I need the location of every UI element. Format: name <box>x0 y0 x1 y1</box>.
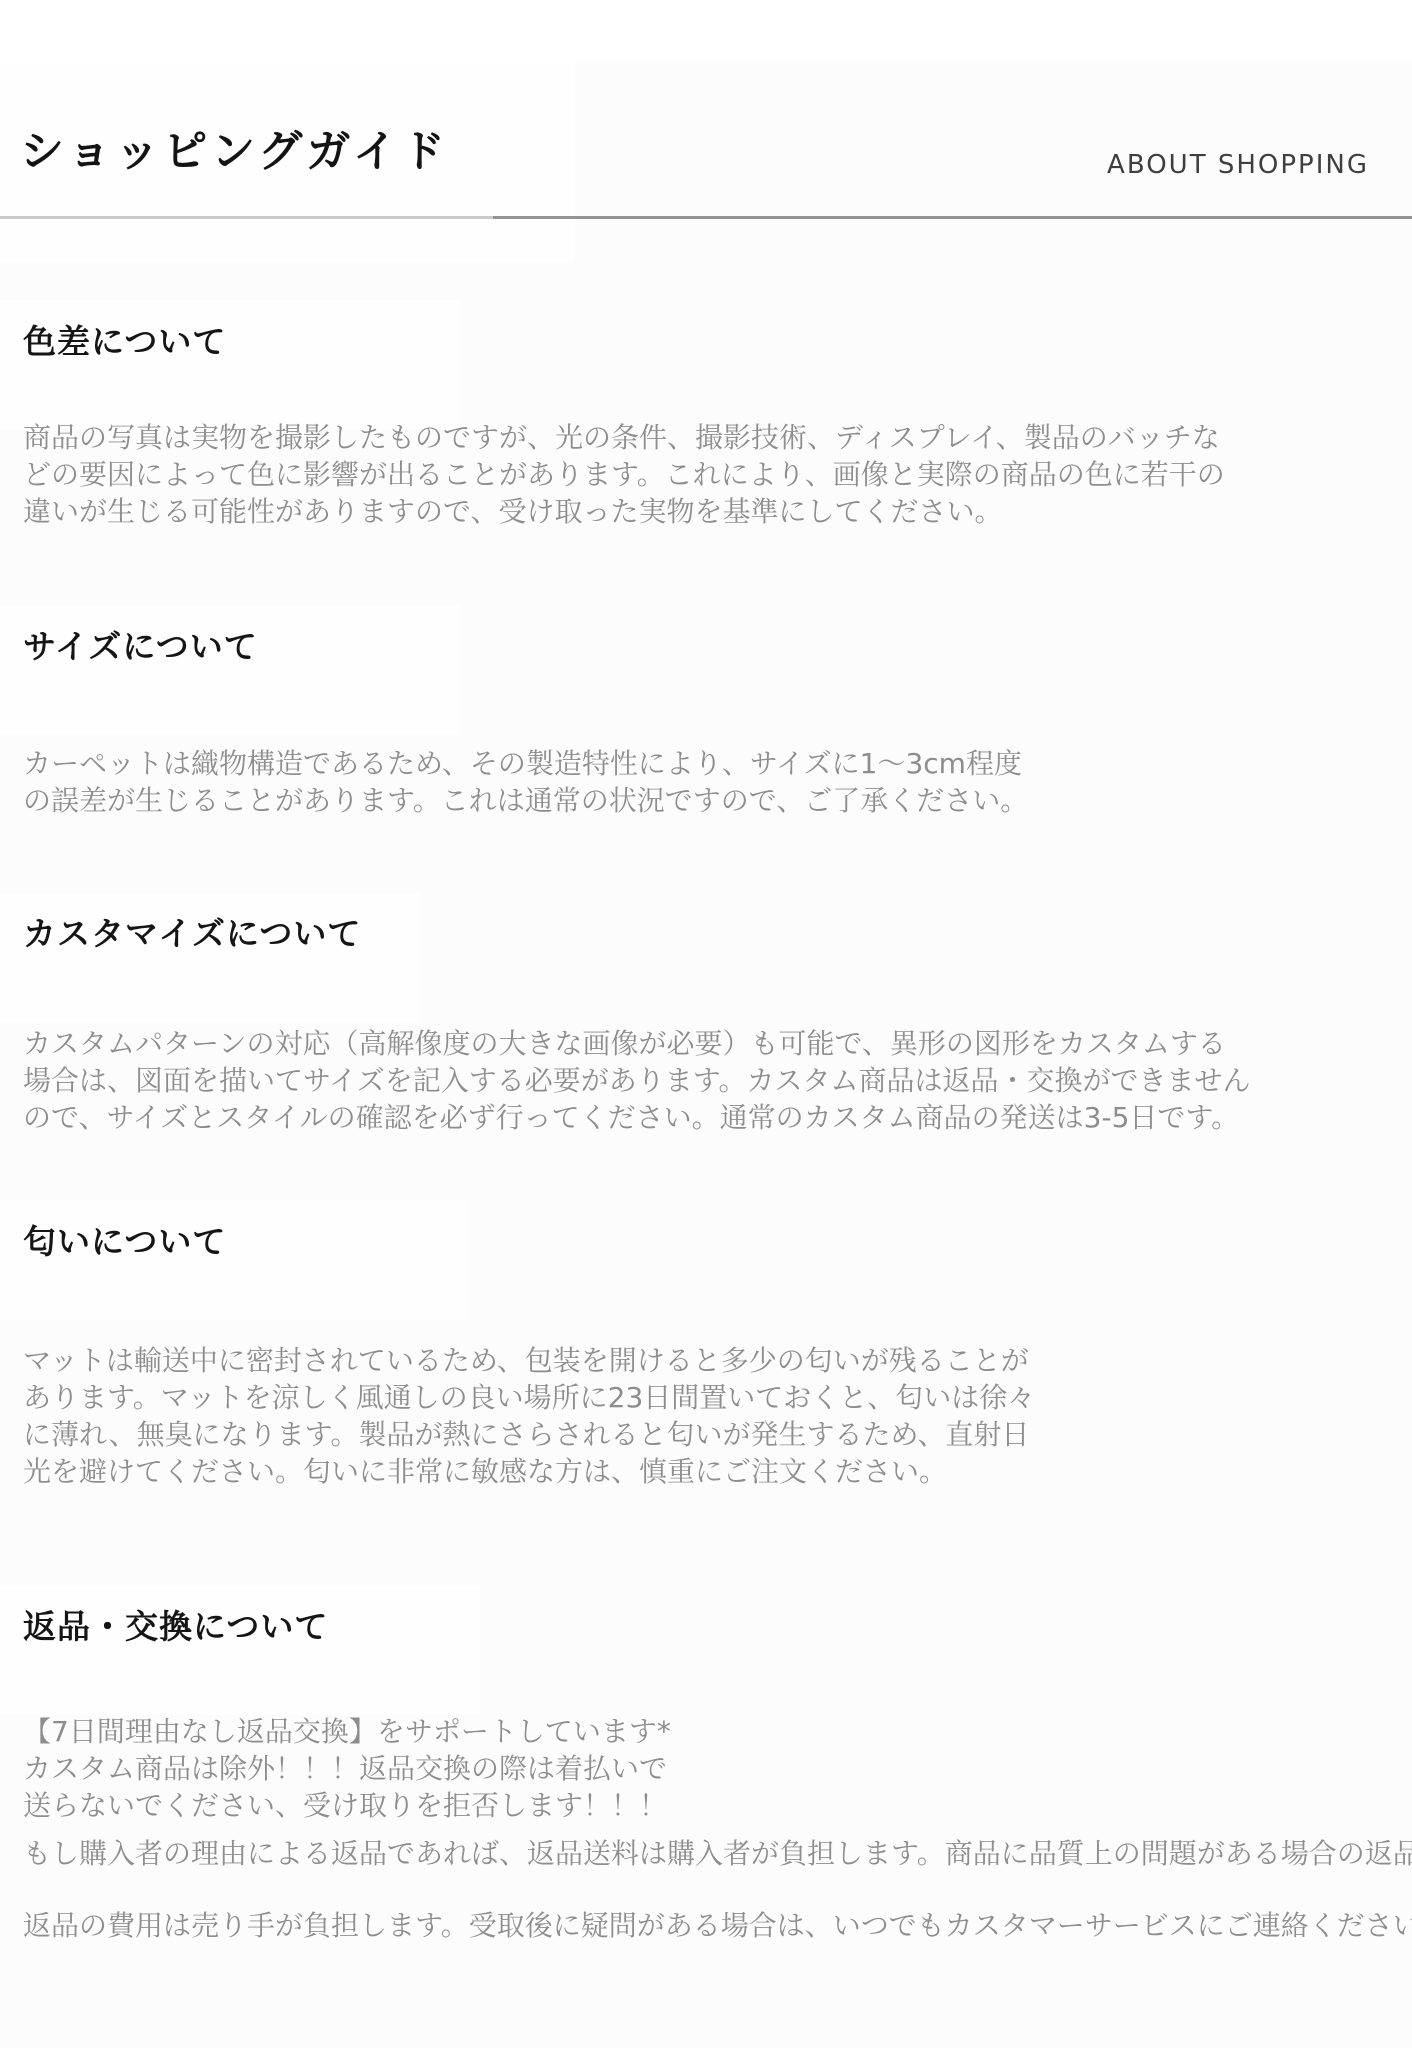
shopping-guide-page: ショッピングガイド ABOUT SHOPPING 色差について 商品の写真は実物… <box>0 0 1412 2048</box>
section-heading-size: サイズについて <box>23 626 258 667</box>
section-body-returns-policy: 【7日間理由なし返品交換】をサポートしています* カスタム商品は除外！！！返品交… <box>23 1713 671 1824</box>
section-body-color-difference: 商品の写真は実物を撮影したものですが、光の条件、撮影技術、ディスプレイ、製品のバ… <box>23 419 1225 530</box>
background-shade <box>0 605 460 735</box>
section-heading-color-difference: 色差について <box>23 321 226 362</box>
section-heading-returns: 返品・交換について <box>23 1606 328 1647</box>
background-shade <box>0 300 460 430</box>
header-divider-left <box>0 216 493 219</box>
top-white-band <box>0 0 1412 63</box>
section-body-returns-seller-cost: 返品の費用は売り手が負担します。受取後に疑問がある場合は、いつでもカスタマーサー… <box>23 1907 1412 1944</box>
section-body-returns-buyer-reason: もし購入者の理由による返品であれば、返品送料は購入者が負担します。商品に品質上の… <box>23 1835 1412 1872</box>
section-body-size: カーペットは織物構造であるため、その製造特性により、サイズに1〜3cm程度 の誤… <box>23 745 1028 819</box>
background-shade <box>0 1585 480 1715</box>
section-heading-customize: カスタマイズについて <box>23 913 361 954</box>
about-shopping-label: ABOUT SHOPPING <box>1107 150 1369 181</box>
section-body-odor: マットは輸送中に密封されているため、包装を開けると多少の匂いが残ることが ありま… <box>23 1342 1035 1490</box>
page-title: ショッピングガイド <box>20 126 449 179</box>
header-divider-right <box>493 216 1412 219</box>
section-body-customize: カスタムパターンの対応（高解像度の大きな画像が必要）も可能で、異形の図形をカスタ… <box>23 1025 1251 1136</box>
section-heading-odor: 匂いについて <box>23 1221 226 1262</box>
